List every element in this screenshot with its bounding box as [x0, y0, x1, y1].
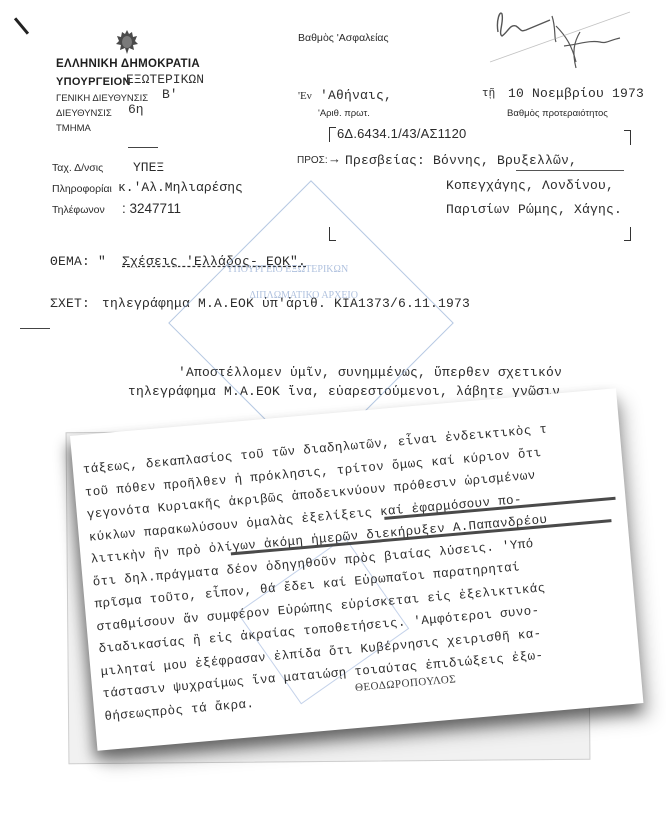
phone-value: : 3247711 — [122, 201, 181, 216]
divider — [128, 147, 158, 148]
bracket-top-left — [329, 127, 336, 142]
letterhead-ministry-label: ΥΠΟΥΡΓΕΙΟΝ — [56, 76, 131, 88]
reference-label: ΣΧΕΤ: — [50, 296, 90, 311]
recipients-label: ΠΡΟΣ: — [297, 155, 328, 166]
stamp-text-1: ΥΠΟΥΡΓΕΙΟ ΕΞΩΤΕΡΙΚΩΝ — [226, 264, 348, 275]
place-prefix: 'Εν — [298, 90, 312, 102]
coat-of-arms-icon — [112, 28, 142, 56]
postal-label: Ταχ. Δ/νσις — [52, 162, 103, 174]
bracket-bottom-right — [624, 227, 631, 241]
recipients-line-1: Πρεσβείας: Βόννης, Βρυξελλῶν, — [345, 153, 577, 168]
recipients-line-2: Κοπεγχάγης, Λονδίνου, — [446, 178, 614, 193]
stamp-text-2: ΔΙΠΛΩΜΑΤΙΚΟ ΑΡΧΕΙΟ — [250, 290, 359, 301]
bracket-top-right — [624, 130, 631, 145]
letterhead-country: ΕΛΛΗΝΙΚΗ ΔΗΜΟΚΡΑΤΙΑ — [56, 58, 200, 70]
arrow-right-icon: → — [328, 151, 341, 166]
protocol-number: 6Δ.6434.1/43/ΑΣ1120 — [337, 126, 466, 141]
date: 10 Νοεμβρίου 1973 — [508, 86, 644, 101]
letterhead-directorate-label: ΔΙΕΥΘΥΝΣΙΣ — [56, 108, 112, 119]
info-value: κ.'Αλ.Μηλιαρέσης — [118, 180, 243, 195]
day-prefix: τῇ — [482, 88, 495, 100]
letterhead-ministry-value: ΕΞΩΤΕΡΙΚΩΝ — [126, 72, 204, 87]
corner-mark — [14, 17, 29, 34]
divider — [20, 328, 50, 329]
recipients-line-3: Παρισίων Ρώμης, Χάγης. — [446, 202, 622, 217]
letterhead-section-label: ΤΜΗΜΑ — [56, 123, 91, 134]
subject-label: ΘΕΜΑ: " — [50, 254, 106, 269]
handwritten-signature — [480, 2, 640, 72]
postal-value: ΥΠΕΞ — [133, 160, 164, 175]
overlay-text: τάξεως, δεκαπλασίος τοῦ τῶν διαδηλωτῶν, … — [82, 418, 570, 728]
underline-brussels — [516, 170, 624, 171]
overlay-telegram-page: τάξεως, δεκαπλασίος τοῦ τῶν διαδηλωτῶν, … — [70, 388, 643, 751]
security-level-label: Βαθμὸς 'Ασφαλείας — [298, 32, 389, 44]
protocol-label: 'Αριθ. πρωτ. — [318, 108, 370, 119]
info-label: Πληροφορίαι — [52, 183, 112, 195]
letterhead-directorate-value: 6η — [128, 102, 144, 117]
phone-label: Τηλέφωνον — [52, 204, 105, 216]
letterhead-general-directorate-value: Β' — [162, 87, 178, 102]
priority-label: Βαθμὸς προτεραιότητος — [507, 108, 608, 119]
place: 'Αθήναις, — [320, 88, 392, 103]
